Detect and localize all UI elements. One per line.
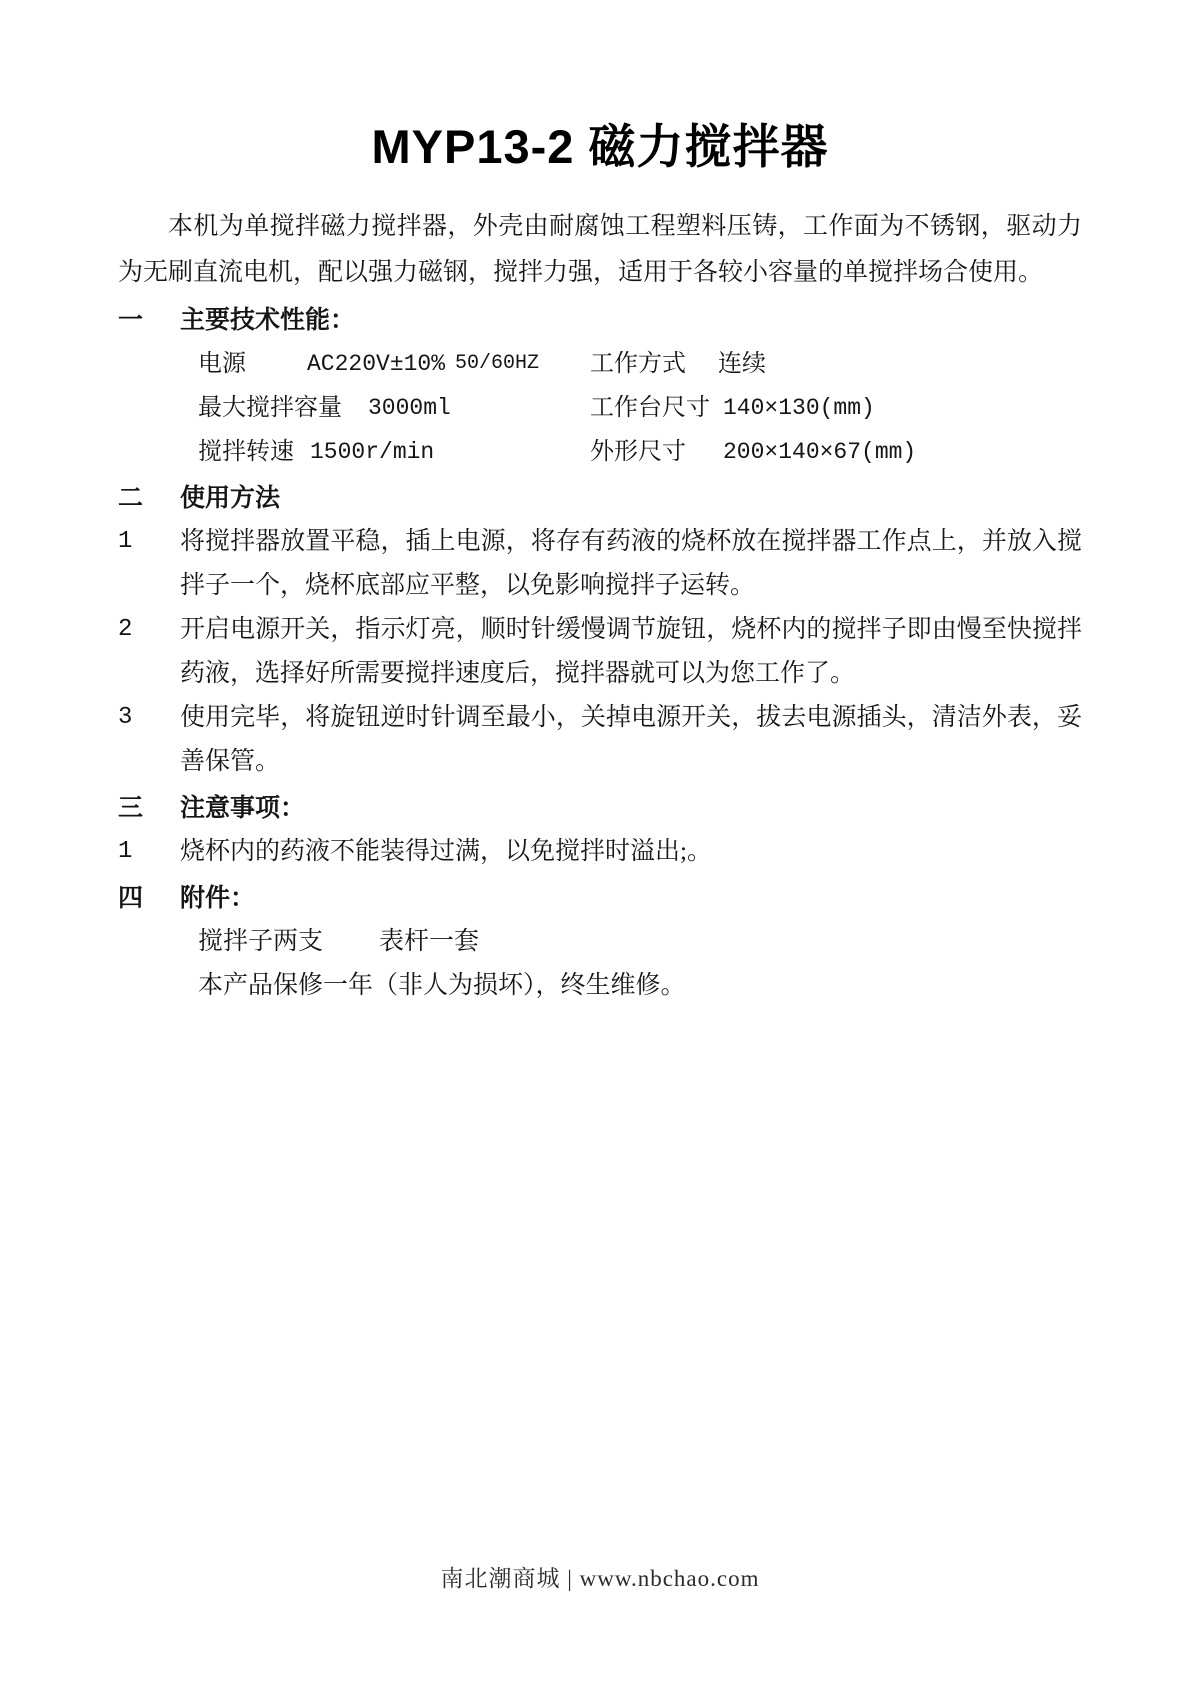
section-number: 一 [118,298,180,342]
document-page: MYP13-2 磁力搅拌器 本机为单搅拌磁力搅拌器，外壳由耐腐蚀工程塑料压铸，工… [0,0,1200,1697]
accessories-line: 搅拌子两支表杆一套 [118,920,1082,964]
step-text: 将搅拌器放置平稳，插上电源，将存有药液的烧杯放在搅拌器工作点上，并放入搅拌子一个… [180,520,1082,608]
section-heading-accessories: 四 附件： [118,876,1082,920]
note-item: 1 烧杯内的药液不能装得过满，以免搅拌时溢出;。 [118,830,1082,874]
section-title: 注意事项： [180,786,305,830]
warranty-line: 本产品保修一年（非人为损坏），终生维修。 [118,964,1082,1008]
section-title: 附件： [180,876,255,920]
note-number: 1 [118,830,180,874]
usage-step: 3 使用完毕，将旋钮逆时针调至最小，关掉电源开关，拔去电源插头，清洁外表，妥善保… [118,696,1082,784]
note-text: 烧杯内的药液不能装得过满，以免搅拌时溢出;。 [180,830,1082,874]
section-heading-specs: 一 主要技术性能： [118,298,1082,342]
spec-row-power: 电源 AC220V±10% 50/60HZ 工作方式 连续 [118,342,1082,386]
spec-row-capacity: 最大搅拌容量 3000ml 工作台尺寸 140×130(mm) [118,386,1082,430]
spec-value: 200×140×67(mm) [723,430,916,474]
spec-value: 140×130(mm) [723,386,875,430]
step-number: 3 [118,696,180,784]
step-number: 2 [118,608,180,696]
spec-value: 连续 [718,342,766,386]
document-content: MYP13-2 磁力搅拌器 本机为单搅拌磁力搅拌器，外壳由耐腐蚀工程塑料压铸，工… [0,0,1200,1008]
section-title: 使用方法 [180,476,280,520]
intro-paragraph: 本机为单搅拌磁力搅拌器，外壳由耐腐蚀工程塑料压铸，工作面为不锈钢，驱动力为无刷直… [118,204,1082,296]
spec-label: 最大搅拌容量 [198,386,342,430]
spec-label: 工作台尺寸 [590,386,710,430]
accessory-item: 表杆一套 [379,928,479,955]
usage-step: 1 将搅拌器放置平稳，插上电源，将存有药液的烧杯放在搅拌器工作点上，并放入搅拌子… [118,520,1082,608]
step-number: 1 [118,520,180,608]
spec-value: 1500r/min [310,430,434,474]
spec-label: 搅拌转速 [198,430,294,474]
step-text: 开启电源开关，指示灯亮，顺时针缓慢调节旋钮，烧杯内的搅拌子即由慢至快搅拌药液，选… [180,608,1082,696]
spec-value-frequency: 50/60HZ [455,342,539,386]
page-title: MYP13-2 磁力搅拌器 [118,0,1082,178]
usage-step: 2 开启电源开关，指示灯亮，顺时针缓慢调节旋钮，烧杯内的搅拌子即由慢至快搅拌药液… [118,608,1082,696]
section-number: 二 [118,476,180,520]
section-title: 主要技术性能： [180,298,355,342]
spec-row-speed: 搅拌转速 1500r/min 外形尺寸 200×140×67(mm) [118,430,1082,474]
section-heading-notes: 三 注意事项： [118,786,1082,830]
footer-watermark: 南北潮商城 | www.nbchao.com [0,1560,1200,1593]
step-text: 使用完毕，将旋钮逆时针调至最小，关掉电源开关，拔去电源插头，清洁外表，妥善保管。 [180,696,1082,784]
spec-value: AC220V±10% [307,342,445,386]
section-number: 四 [118,876,180,920]
section-heading-usage: 二 使用方法 [118,476,1082,520]
accessory-item: 搅拌子两支 [198,928,323,955]
spec-label: 工作方式 [590,342,686,386]
spec-label: 电源 [198,342,246,386]
spec-label: 外形尺寸 [590,430,686,474]
section-number: 三 [118,786,180,830]
spec-value: 3000ml [368,386,451,430]
spec-table: 电源 AC220V±10% 50/60HZ 工作方式 连续 最大搅拌容量 300… [118,342,1082,474]
